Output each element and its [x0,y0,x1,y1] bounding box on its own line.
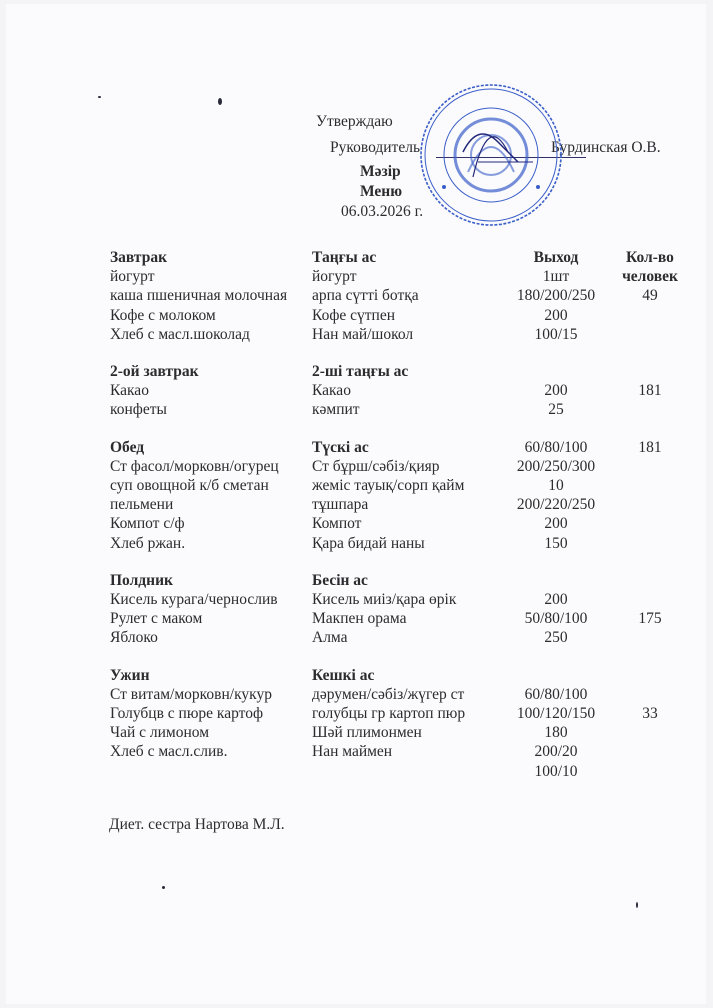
dish-output: 100/10 [502,762,610,781]
people-count [610,685,690,704]
dish-ru: Чай с лимоном [110,723,312,742]
dietitian-signature: Диет. сестра Нартова М.Л. [109,816,285,834]
people-count [610,742,690,761]
dish-ru: йогурт [110,267,312,286]
dish-output: 180/200/250 [502,286,610,305]
dish-kz: Кисель миіз/қара өрік [312,590,502,609]
people-count [610,495,690,514]
table-row: суп овощной к/б сметан жеміс тауық/сорп … [110,476,690,495]
table-row: Компот с/ф Компот 200 [110,514,690,533]
menu-section-second-breakfast: 2-ой завтрак 2-ші таңғы ас Какао Какао 2… [110,362,690,420]
menu-date: 06.03.2026 г. [341,202,423,222]
people-count [610,590,690,609]
dish-output: 60/80/100 [502,685,610,704]
people-count [610,514,690,533]
dish-kz: Ст бұрш/сәбіз/қияр [312,457,502,476]
dish-ru: Какао [110,381,312,400]
menu-section-breakfast: Завтрак Таңғы ас Выход Кол-во йогурт йог… [110,248,690,344]
menu-section-afternoon-snack: Полдник Бесін ас Кисель курага/чернослив… [110,571,690,648]
section-title-ru: 2-ой завтрак [110,362,312,381]
dish-kz: жеміс тауық/сорп қайм [312,476,502,495]
section-title-kz: Бесін ас [312,571,502,590]
table-row: 100/10 [110,762,690,781]
dish-kz: Шәй плимонмен [312,723,502,742]
section-title-kz: Кешкі ас [312,666,502,685]
dish-kz: тұшпара [312,495,502,514]
dish-kz: Компот [312,514,502,533]
people-count: 181 [610,381,690,400]
dish-output: 200/250/300 [502,457,610,476]
section-title-ru: Полдник [110,571,312,590]
dish-ru: каша пшеничная молочная [110,286,312,305]
people-count [610,762,690,781]
column-header-output: Выход [502,248,610,267]
dish-ru: Ст фасол/морковн/огурец [110,457,312,476]
dish-output: 50/80/100 [502,609,610,628]
dish-kz [312,762,502,781]
dish-kz: Нан маймен [312,742,502,761]
people-count [610,476,690,495]
scan-speck [162,886,165,889]
dish-output: 100/15 [502,325,610,344]
dish-output: 200/20 [502,742,610,761]
section-title-kz: Таңғы ас [312,248,502,267]
table-row: Голубцв с пюре картоф голубцы гр картоп … [110,704,690,723]
table-row: пельмени тұшпара 200/220/250 [110,495,690,514]
people-count [610,534,690,553]
scan-speck [218,98,222,105]
table-row: Ст фасол/морковн/огурец Ст бұрш/сәбіз/қи… [110,457,690,476]
dish-output: 60/80/100 [502,438,610,457]
title-ru: Меню [360,182,402,202]
section-title-kz: 2-ші таңғы ас [312,362,502,381]
dish-output: 180 [502,723,610,742]
section-title-kz: Түскі ас [312,438,502,457]
people-count: 33 [610,704,690,723]
table-row: Яблоко Алма 250 [110,628,690,647]
table-row: каша пшеничная молочная арпа сүтті ботқа… [110,286,690,305]
dish-kz: Қара бидай наны [312,534,502,553]
dish-kz: дәрумен/сәбіз/жүгер ст [312,685,502,704]
people-count: 49 [610,286,690,305]
position-label: Руководитель [330,138,420,158]
table-row: Ст витам/морковн/кукур дәрумен/сәбіз/жүг… [110,685,690,704]
section-title-ru: Завтрак [110,248,312,267]
table-row: Рулет с маком Макпен орама 50/80/100 175 [110,609,690,628]
dish-output: 200 [502,514,610,533]
dish-ru: Хлеб с масл.слив. [110,742,312,761]
section-title-ru: Обед [110,438,312,457]
dish-kz: Кофе сүтпен [312,306,502,325]
people-count [610,723,690,742]
dish-kz: кәмпит [312,400,502,419]
column-header-people-2: человек [610,267,690,286]
menu-table: Завтрак Таңғы ас Выход Кол-во йогурт йог… [110,248,690,799]
people-count: 181 [610,438,690,457]
table-row: Хлеб с масл.слив. Нан маймен 200/20 [110,742,690,761]
dish-output: 200 [502,381,610,400]
dish-ru: Кофе с молоком [110,306,312,325]
dish-ru: Хлеб ржан. [110,534,312,553]
people-count [610,457,690,476]
people-count: 175 [610,609,690,628]
table-row: йогурт йогурт 1шт человек [110,267,690,286]
people-count [610,325,690,344]
dish-kz: Макпен орама [312,609,502,628]
dish-ru: Хлеб с масл.шоколад [110,325,312,344]
signatory-name: Бурдинская О.В. [551,138,661,158]
dish-ru: пельмени [110,495,312,514]
dish-kz: арпа сүтті ботқа [312,286,502,305]
section-title-ru: Ужин [110,666,312,685]
table-row: Хлеб ржан. Қара бидай наны 150 [110,534,690,553]
dish-output: 200 [502,306,610,325]
dish-kz: Алма [312,628,502,647]
document-page: Утверждаю Руководитель Бурдинская О.В. М… [6,4,706,1004]
table-row: Хлеб с масл.шоколад Нан май/шокол 100/15 [110,325,690,344]
scan-speck [98,96,101,98]
dish-ru: Кисель курага/чернослив [110,590,312,609]
dish-ru: Голубцв с пюре картоф [110,704,312,723]
dish-kz: Какао [312,381,502,400]
table-row: Чай с лимоном Шәй плимонмен 180 [110,723,690,742]
dish-ru: Рулет с маком [110,609,312,628]
official-stamp-icon [418,82,564,228]
dish-ru: Ст витам/морковн/кукур [110,685,312,704]
people-count [610,628,690,647]
dish-output: 250 [502,628,610,647]
dish-output: 200/220/250 [502,495,610,514]
dish-ru [110,762,312,781]
people-count [610,400,690,419]
table-row: конфеты кәмпит 25 [110,400,690,419]
dish-output: 150 [502,534,610,553]
dish-output: 100/120/150 [502,704,610,723]
people-count [610,306,690,325]
dish-kz: Нан май/шокол [312,325,502,344]
dish-output: 1шт [502,267,610,286]
title-kz: Мәзір [360,162,401,182]
dish-output: 200 [502,590,610,609]
dish-ru: конфеты [110,400,312,419]
table-row: Кисель курага/чернослив Кисель миіз/қара… [110,590,690,609]
approve-label: Утверждаю [316,112,393,132]
dish-kz: голубцы гр картоп пюр [312,704,502,723]
menu-section-dinner: Ужин Кешкі ас Ст витам/морковн/кукур дәр… [110,666,690,781]
column-header-people: Кол-во [610,248,690,267]
menu-section-lunch: Обед Түскі ас 60/80/100 181 Ст фасол/мор… [110,438,690,553]
table-row: Какао Какао 200 181 [110,381,690,400]
dish-output: 25 [502,400,610,419]
table-row: Кофе с молоком Кофе сүтпен 200 [110,306,690,325]
dish-kz: йогурт [312,267,502,286]
scan-speck [636,902,638,908]
dish-ru: Компот с/ф [110,514,312,533]
dish-output: 10 [502,476,610,495]
dish-ru: Яблоко [110,628,312,647]
dish-ru: суп овощной к/б сметан [110,476,312,495]
